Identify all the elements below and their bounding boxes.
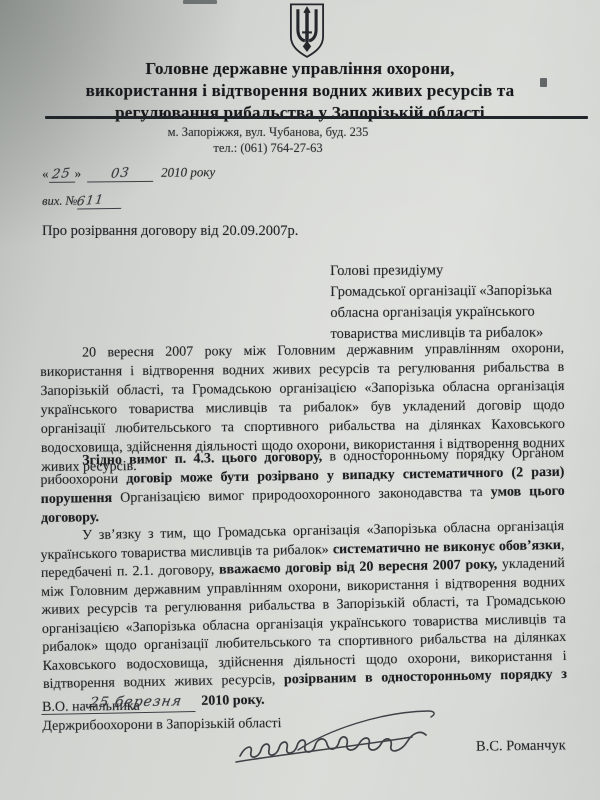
text-segment-bold: систематично не виконує обов’язки [333,538,561,557]
addressee-block: Голові президіуму Громадської організаці… [330,259,581,345]
date-line: «25»032010 року [42,164,215,183]
org-address: м. Запоріжжя, вул. Чубанова, буд. 235 те… [108,124,428,156]
header-divider [45,116,588,119]
document-photo: Головне державне управління охорони, вик… [0,0,600,800]
addressee-line2: Громадської організації «Запорізька [330,280,580,303]
signature-scribble-icon [232,706,447,778]
address-street: м. Запоріжжя, вул. Чубанова, буд. 235 [108,124,428,140]
ref-label: вих. № [42,194,77,208]
text-segment-regular: Організацією вимог природоохоронного зак… [120,485,491,506]
body-paragraph-3: У зв’язку з тим, що Громадська організац… [40,518,567,714]
ukraine-trident-icon [286,3,328,59]
text-segment-bold: Згідно вимог п. 4.3. цього договору, [82,449,330,468]
handwritten-day: 25 [51,166,72,182]
ref-line: вих. №611 [42,192,121,210]
org-name-line1: Головне державне управління охорони, [40,58,560,80]
address-phone: тел.: (061) 764-27-63 [108,140,428,156]
addressee-line1: Голові президіуму [330,259,580,282]
addressee-line3: обласна організація українського [330,301,580,324]
org-name-line3: регулювання рибальства у Запорізькій обл… [40,102,560,124]
quote-close: » [74,166,81,181]
text-segment-bold: вважаємо договір від 20 вересня 2007 рок… [219,557,502,577]
signer-name: В.С. Романчук [476,737,566,755]
photo-artifact-top [183,0,217,4]
subject-line: Про розірвання договору від 20.09.2007р. [42,223,298,240]
handwritten-ref-number: 611 [76,191,105,208]
body-paragraph-2: Згідно вимог п. 4.3. цього договору, в о… [40,444,565,528]
year-label: 2010 року [161,164,215,180]
text-segment-bold: розірваним в односторонньому порядку з [284,667,567,687]
org-name-line2: використання і відтворення водних живих … [40,80,560,102]
handwritten-month: 03 [110,165,131,181]
org-name: Головне державне управління охорони, вик… [40,58,560,124]
